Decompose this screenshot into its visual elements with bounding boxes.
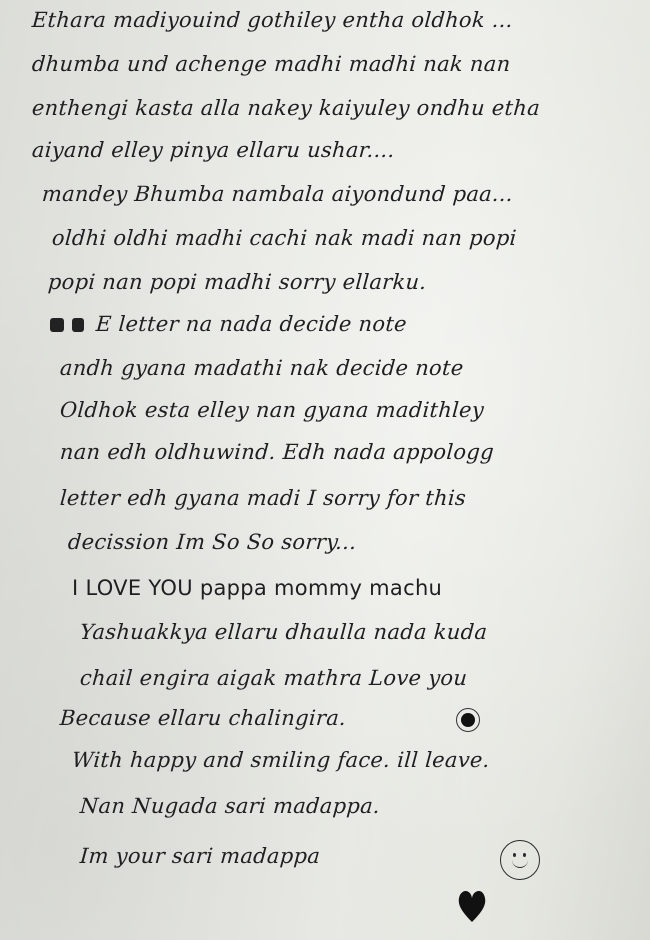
letter-line: I LOVE YOU pappa mommy machu: [72, 576, 442, 600]
letter-line: E letter na nada decide note: [95, 312, 408, 336]
letter-line: decission Im So So sorry...: [67, 530, 357, 554]
letter-line: With happy and smiling face. ill leave.: [71, 748, 490, 772]
letter-line: Because ellaru chalingira.: [59, 706, 347, 730]
letter-line: enthengi kasta alla nakey kaiyuley ondhu…: [31, 96, 541, 120]
letter-line: Im your sari madappa: [79, 844, 321, 868]
letter-line: Ethara madiyouind gothiley entha oldhok …: [31, 8, 514, 32]
scribble-mark: [72, 318, 84, 332]
scribble-mark: [50, 318, 64, 332]
filled-circle-face-doodle: [456, 708, 480, 732]
letter-line: Oldhok esta elley nan gyana madithley: [59, 398, 485, 422]
letter-line: Yashuakkya ellaru dhaulla nada kuda: [79, 620, 488, 644]
letter-line: mandey Bhumba nambala aiyondund paa...: [41, 182, 514, 206]
letter-line: andh gyana madathi nak decide note: [59, 356, 464, 380]
smiley-face-icon: [500, 840, 540, 880]
letter-line: oldhi oldhi madhi cachi nak madi nan pop…: [51, 226, 517, 250]
letter-line: nan edh oldhuwind. Edh nada appologg: [59, 440, 495, 464]
letter-line: aiyand elley pinya ellaru ushar....: [31, 138, 395, 162]
letter-line: dhumba und achenge madhi madhi nak nan: [31, 52, 511, 76]
letter-line: popi nan popi madhi sorry ellarku.: [47, 270, 427, 294]
letter-line: chail engira aigak mathra Love you: [79, 666, 468, 690]
letter-line: letter edh gyana madi I sorry for this: [59, 486, 467, 510]
letter-line: Nan Nugada sari madappa.: [79, 794, 381, 818]
heart-icon: [456, 888, 488, 924]
